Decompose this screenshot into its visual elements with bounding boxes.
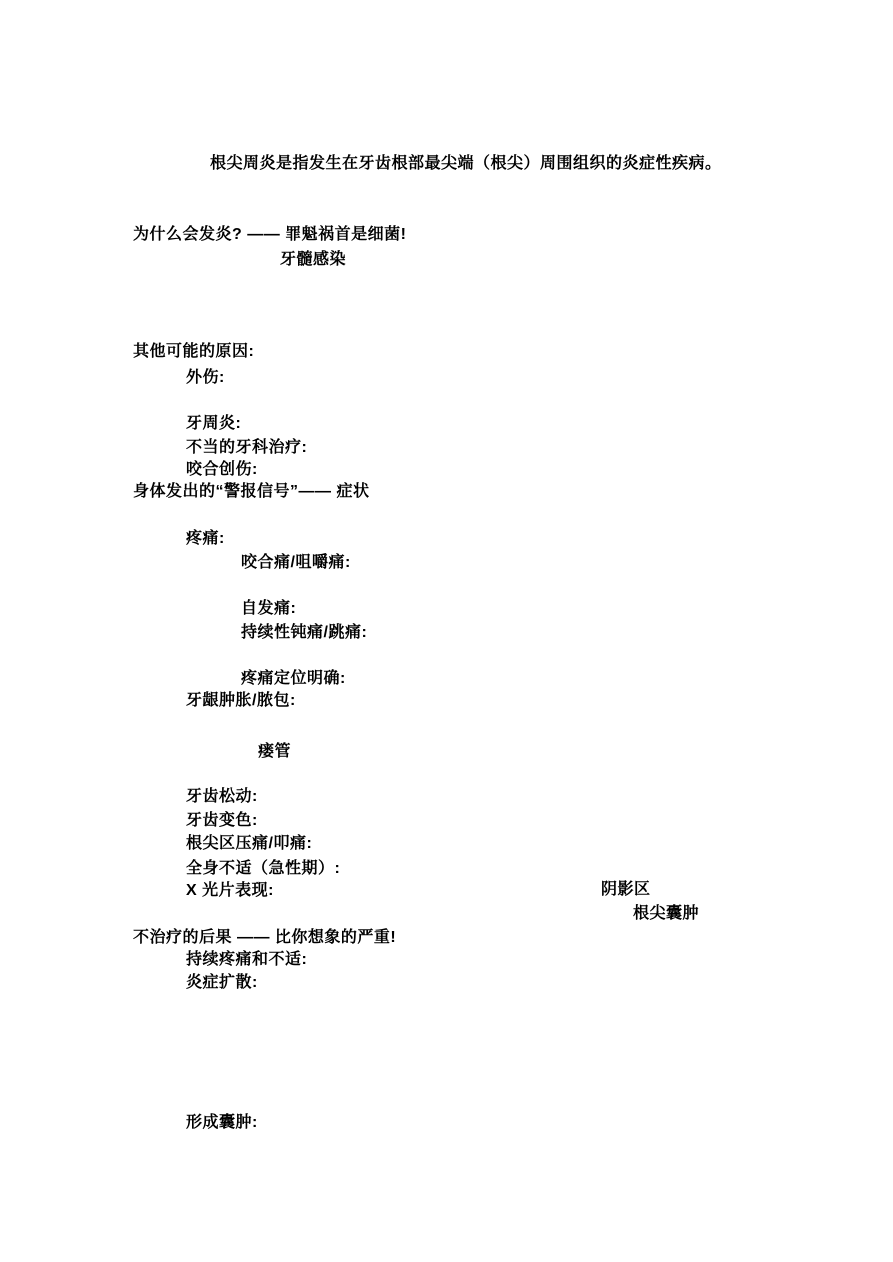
- item-spontaneous-pain: 自发痛:: [241, 599, 296, 618]
- label-apical-cyst: 根尖囊肿: [633, 904, 699, 923]
- item-bite-chewing-pain: 咬合痛/咀嚼痛:: [241, 553, 351, 572]
- label-shadow-area: 阴影区: [601, 880, 651, 899]
- item-fistula: 瘘管: [258, 742, 291, 761]
- item-pulp-infection: 牙髓感染: [280, 250, 346, 269]
- item-tooth-discoloration: 牙齿变色:: [186, 811, 258, 830]
- item-apical-tenderness-percussion: 根尖区压痛/叩痛:: [186, 834, 312, 853]
- item-tooth-loosening: 牙齿松动:: [186, 787, 258, 806]
- item-improper-dental-treatment: 不当的牙科治疗:: [186, 438, 307, 457]
- item-persistent-pain-discomfort: 持续疼痛和不适:: [186, 950, 307, 969]
- doc-title-line: 根尖周炎是指发生在牙齿根部最尖端（根尖）周围组织的炎症性疾病。: [210, 154, 722, 173]
- item-occlusal-trauma: 咬合创伤:: [186, 460, 258, 479]
- item-gum-swelling-abscess: 牙龈肿胀/脓包:: [186, 691, 296, 710]
- heading-other-causes: 其他可能的原因:: [133, 342, 254, 361]
- item-inflammation-spread: 炎症扩散:: [186, 973, 258, 992]
- item-pain: 疼痛:: [186, 529, 225, 548]
- item-xray-findings: X 光片表现:: [186, 881, 274, 900]
- item-pain-well-localized: 疼痛定位明确:: [241, 669, 346, 688]
- item-trauma: 外伤:: [186, 368, 225, 387]
- item-systemic-discomfort-acute: 全身不适（急性期）:: [186, 859, 340, 878]
- heading-why-inflammation: 为什么会发炎? —— 罪魁祸首是细菌!: [133, 225, 407, 244]
- document-page: 根尖周炎是指发生在牙齿根部最尖端（根尖）周围组织的炎症性疾病。 为什么会发炎? …: [0, 0, 893, 1262]
- item-persistent-dull-throbbing-pain: 持续性钝痛/跳痛:: [241, 623, 367, 642]
- item-cyst-formation: 形成囊肿:: [186, 1113, 258, 1132]
- heading-consequences-untreated: 不治疗的后果 —— 比你想象的严重!: [133, 928, 396, 947]
- item-periodontitis: 牙周炎:: [186, 414, 241, 433]
- heading-symptoms: 身体发出的“警报信号”—— 症状: [133, 482, 369, 501]
